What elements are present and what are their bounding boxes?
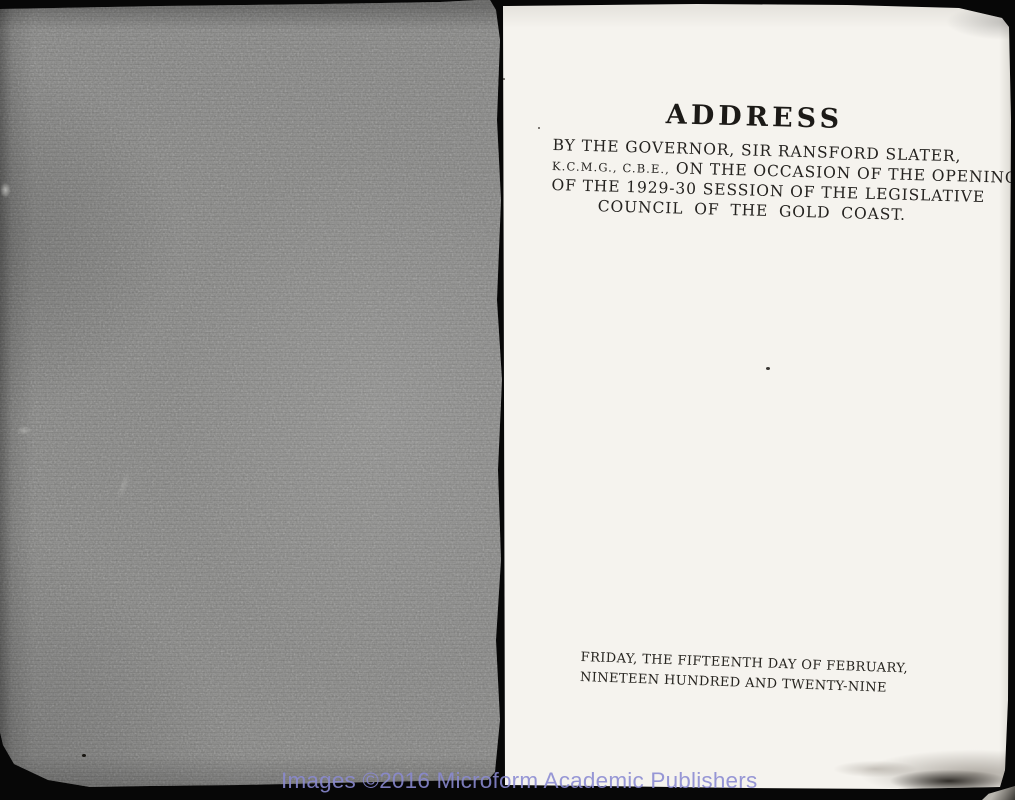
cover-scratch — [0, 182, 11, 198]
cover-fleck — [82, 754, 86, 757]
scanned-book-spread: ADDRESS BY THE GOVERNOR, SIR RANSFORD SL… — [0, 0, 1015, 800]
document-title: ADDRESS — [553, 96, 956, 138]
book-cover — [0, 0, 503, 800]
paper-speck — [766, 367, 770, 370]
watermark-text: Images ©2016 Microform Academic Publishe… — [281, 768, 757, 794]
paper-speck — [538, 127, 540, 129]
date-text-block: FRIDAY, THE FIFTEENTH DAY OF FEBRUARY, N… — [580, 648, 883, 699]
byline-honorifics: K.C.M.G., C.B.E., — [552, 158, 670, 175]
cover-shading — [0, 0, 503, 800]
title-text-block: ADDRESS BY THE GOVERNOR, SIR RANSFORD SL… — [551, 96, 956, 226]
paper-speck — [502, 78, 505, 80]
title-page: ADDRESS BY THE GOVERNOR, SIR RANSFORD SL… — [497, 0, 1015, 800]
page-corner-edge — [982, 786, 1015, 800]
cover-scratch — [16, 426, 32, 435]
